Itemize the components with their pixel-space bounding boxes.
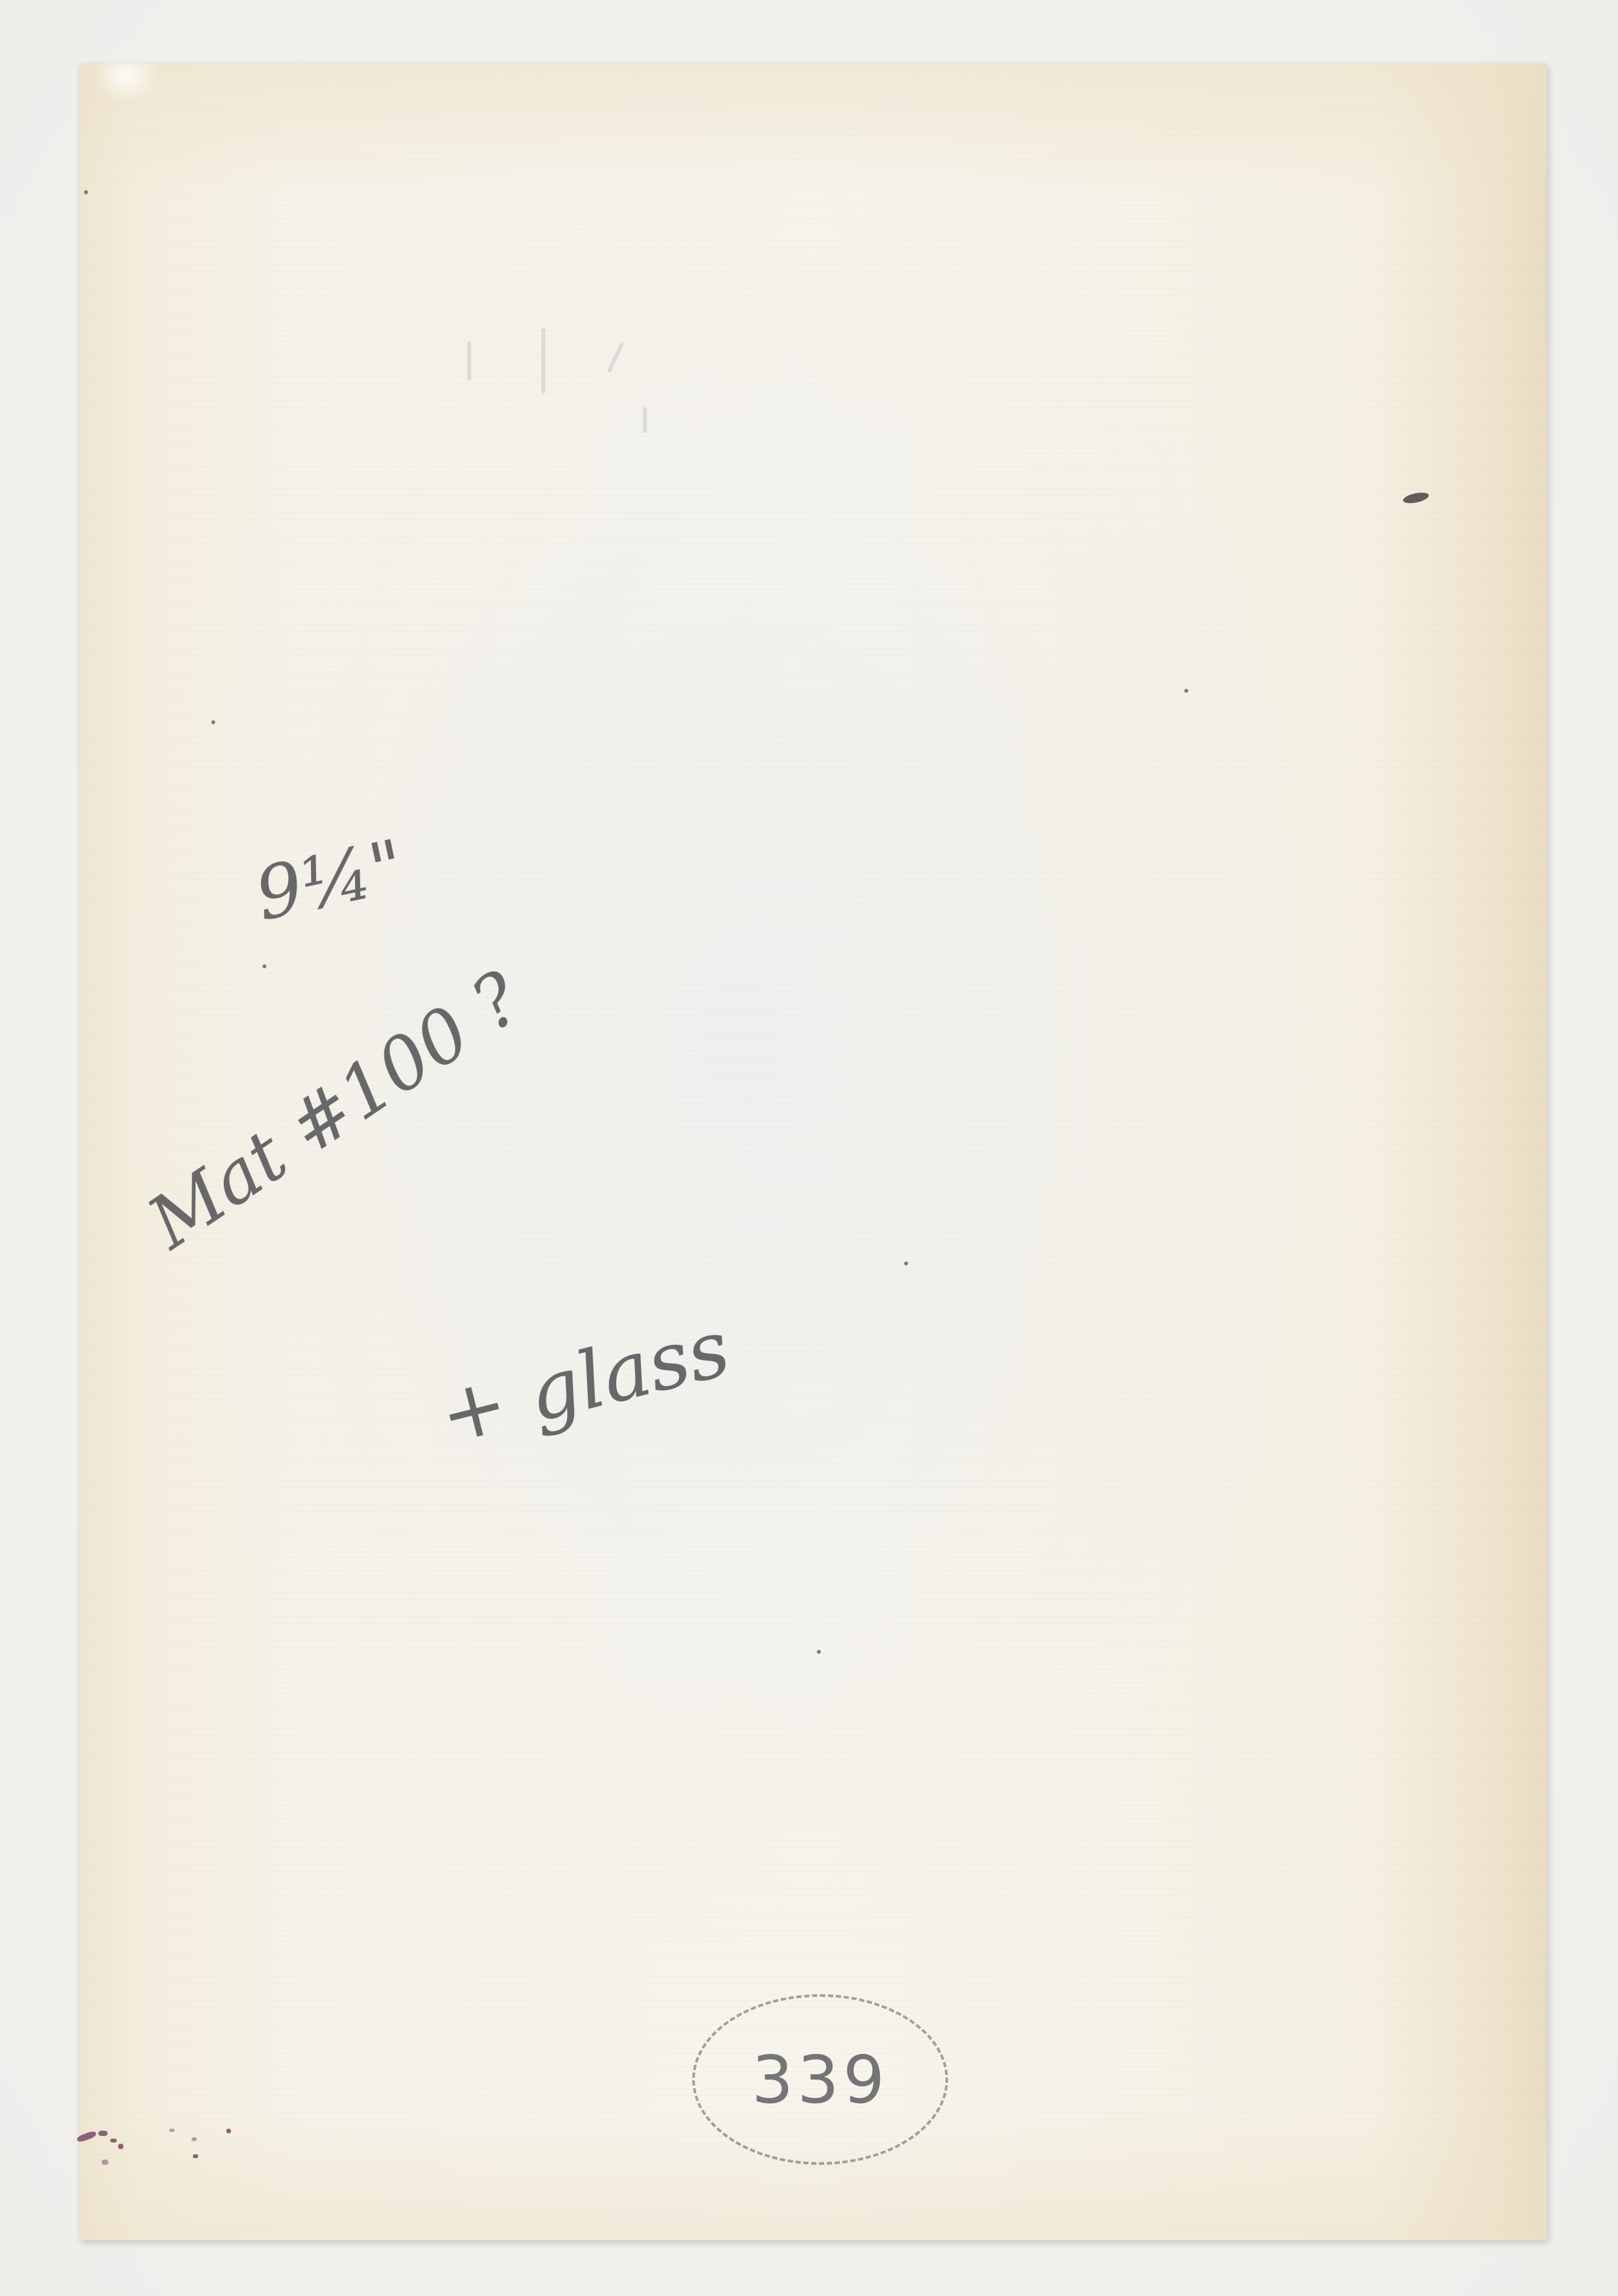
stain-speck	[169, 2129, 175, 2132]
show-through-mark	[643, 407, 647, 433]
paper-glare	[93, 64, 159, 103]
paper-spot	[904, 1261, 908, 1265]
paper-spot	[84, 190, 88, 194]
stain-speck	[102, 2160, 108, 2165]
stain-speck	[193, 2154, 198, 2158]
show-through-mark	[541, 328, 545, 394]
stain-speck	[226, 2129, 231, 2133]
paper-spot	[817, 1650, 821, 1654]
inventory-number: 339	[752, 2041, 889, 2118]
paper-spot	[211, 720, 215, 724]
circled-inventory-number: 339	[692, 1994, 948, 2165]
paper-spot	[262, 964, 266, 968]
show-through-mark	[467, 341, 471, 380]
stain-speck	[118, 2144, 123, 2149]
stain-speck	[110, 2139, 117, 2142]
paper-spot	[1184, 689, 1188, 693]
stain-speck	[98, 2131, 108, 2136]
stain-speck	[192, 2137, 197, 2141]
